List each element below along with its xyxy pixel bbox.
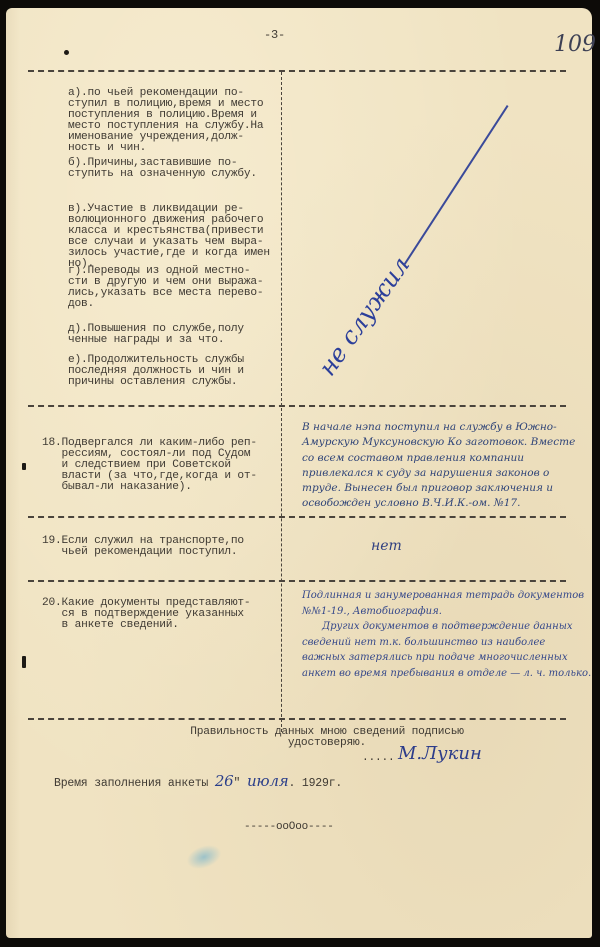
answer-20-line2-text: Других документов в подтверждение данных… xyxy=(302,621,591,679)
margin-mark xyxy=(22,463,26,470)
fill-date-label: Время заполнения анкеты xyxy=(54,777,208,790)
question-17c: в).Участие в ликвидации ре- волюционного… xyxy=(68,204,270,270)
ink-stain xyxy=(183,841,224,874)
fill-date-line: Время заполнения анкеты 26" июля. 1929г. xyxy=(54,776,342,789)
signature-dots: ..... xyxy=(362,753,395,764)
question-18: 18.Подвергался ли каким-либо реп- рессия… xyxy=(42,438,257,493)
row-divider-19-20 xyxy=(28,580,566,582)
question-19: 19.Если служил на транспорте,по чьей рек… xyxy=(42,536,244,558)
page-number: -3- xyxy=(264,30,285,41)
answer-19-handwritten: нет xyxy=(371,538,402,554)
question-17f: е).Продолжительность службы последняя до… xyxy=(68,355,244,388)
answer-17-handwritten: не служил xyxy=(313,252,415,381)
question-17a: a).по чьей рекомендации по- ступил в пол… xyxy=(68,88,263,154)
question-17d: г).Переводы из одной местно- сти в другу… xyxy=(68,266,263,310)
closing-ornament: -----ooOoo---- xyxy=(244,822,334,833)
answer-17-strike-line xyxy=(403,105,508,265)
document-page: -3- 109 a).по чьей рекомендации по- ступ… xyxy=(6,8,592,938)
answer-20-line2: Других документов в подтверждение данных… xyxy=(302,619,592,681)
question-17b: б).Причины,заставившие по- ступить на оз… xyxy=(68,158,257,180)
fill-date-month: июля xyxy=(247,772,289,790)
column-divider xyxy=(281,72,282,732)
answer-18-handwritten: В начале нэпа поступил на службу в Южно-… xyxy=(302,420,587,512)
folio-number: 109 xyxy=(554,32,596,57)
row-divider-18-19 xyxy=(28,516,566,518)
question-20: 20.Какие документы представляют- ся в по… xyxy=(42,598,250,631)
ink-spot xyxy=(64,50,69,55)
answer-20-handwritten: Подлинная и занумерованная тетрадь докум… xyxy=(302,588,592,681)
margin-mark xyxy=(22,656,26,668)
answer-20-line1: Подлинная и занумерованная тетрадь докум… xyxy=(302,588,592,619)
question-17e: д).Повышения по службе,полу ченные награ… xyxy=(68,324,244,346)
row-divider-top xyxy=(28,70,566,72)
row-divider-bottom xyxy=(28,718,566,720)
signature: М.Лукин xyxy=(398,743,482,764)
fill-date-day: 26 xyxy=(215,772,234,790)
row-divider-17-18 xyxy=(28,405,566,407)
fill-date-year: . 1929г. xyxy=(289,777,343,790)
